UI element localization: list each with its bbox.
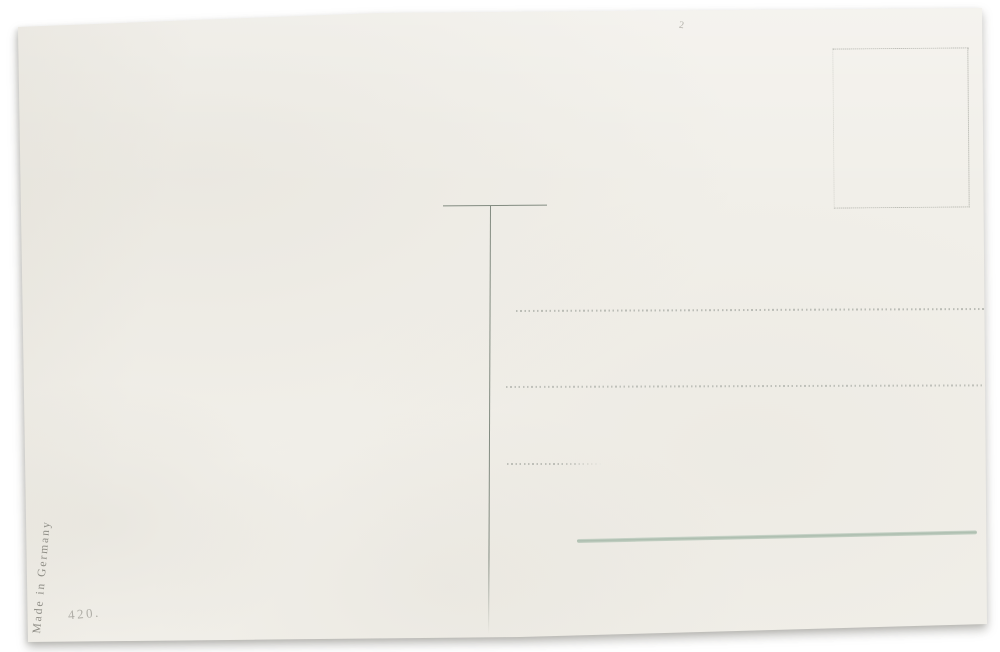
maker-mark-text: Made in Germany bbox=[31, 520, 53, 634]
postcard-back: Made in Germany 420. 2 bbox=[0, 0, 1000, 652]
divider-vertical-rule bbox=[488, 206, 491, 634]
number-mark-text: 420. bbox=[67, 605, 101, 624]
address-line-2 bbox=[506, 384, 990, 387]
address-baseline-green bbox=[577, 530, 977, 542]
divider-top-rule bbox=[443, 205, 547, 207]
postcard-photo: Made in Germany 420. 2 bbox=[0, 0, 1000, 652]
pencil-mark-text: 2 bbox=[678, 20, 684, 32]
stamp-box bbox=[832, 47, 969, 208]
address-line-3 bbox=[507, 463, 603, 465]
address-line-1 bbox=[516, 308, 984, 312]
postcard-shadow: Made in Germany 420. 2 bbox=[0, 0, 1000, 652]
